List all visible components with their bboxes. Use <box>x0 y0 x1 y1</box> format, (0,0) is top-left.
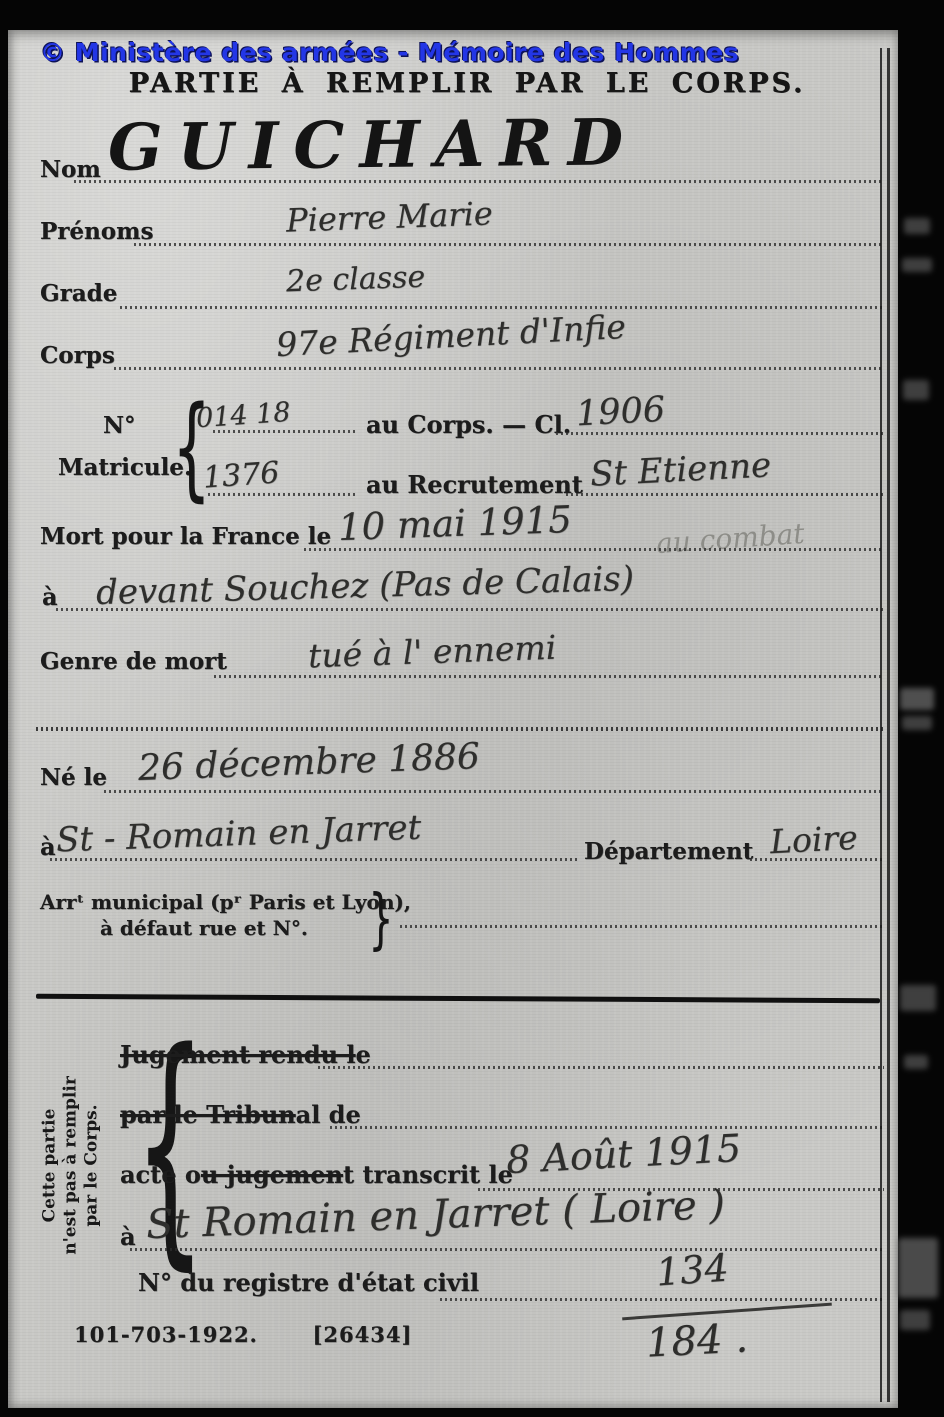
corps-value: 97e Régiment d'Infie <box>275 307 626 364</box>
au-recrutement-label: au Recrutement <box>366 470 583 499</box>
grade-dotted-line <box>120 306 884 309</box>
jugement-label-rest: e <box>355 1040 370 1069</box>
margin-smudge <box>904 218 930 234</box>
genre-mort-dotted-line <box>214 675 884 678</box>
sidebar-note-line3: par le Corps. <box>82 1041 103 1291</box>
sidebar-note-line2: n'est pas à remplir <box>61 1041 82 1291</box>
prenoms-value: Pierre Marie <box>285 194 493 239</box>
genre-mort-label: Genre de mort <box>40 648 227 675</box>
lieu-mort-label: à <box>42 582 58 611</box>
mort-date-value: 10 mai 1915 <box>337 498 572 549</box>
grade-label: Grade <box>40 280 117 307</box>
recrutement-dots-left <box>208 493 358 496</box>
matricule-corps-dots <box>213 430 358 433</box>
nom-dotted-line <box>74 180 884 183</box>
tribunal-label-struck: par le Tribun <box>120 1100 296 1129</box>
lieu-mort-dotted-line <box>56 608 884 611</box>
departement-dots <box>750 858 884 861</box>
nom-value: GUICHARD <box>108 105 639 186</box>
jugement-dotted-line <box>318 1066 884 1069</box>
acte-label-pre: acte o <box>120 1160 201 1189</box>
imprint-reference: [26434] <box>313 1322 413 1347</box>
paper-sheet: © Ministère des armées - Mémoire des Hom… <box>8 30 898 1408</box>
classe-dots <box>556 432 884 435</box>
sidebar-note: Cette partie n'est pas à remplir par le … <box>40 1041 103 1291</box>
margin-smudge <box>900 985 936 1011</box>
registre-label: N° du registre d'état civil <box>138 1268 479 1297</box>
classe-value: 1906 <box>575 390 666 435</box>
margin-smudge <box>904 1055 928 1069</box>
registre-value-bottom: 184 . <box>645 1315 749 1366</box>
margin-smudge <box>900 688 934 710</box>
margin-smudge <box>898 1238 938 1298</box>
margin-smudge <box>902 716 932 730</box>
arrondissement-label-1: Arrᵗ municipal (pʳ Paris et Lyon), <box>40 890 411 914</box>
departement-label: Département <box>584 838 753 865</box>
matricule-recrutement-value: 1376 <box>202 455 281 495</box>
departement-value: Loire <box>769 818 859 862</box>
form-title: PARTIE À REMPLIR PAR LE CORPS. <box>22 68 912 99</box>
section-divider-dotted <box>36 727 884 731</box>
arrondissement-brace: } <box>368 886 393 952</box>
arrondissement-label-2: à défaut rue et N°. <box>100 916 308 940</box>
ne-le-label: Né le <box>40 764 107 791</box>
acte-label-post: t transcrit le <box>343 1160 513 1189</box>
corps-dotted-line <box>114 367 884 370</box>
prenoms-label: Prénoms <box>40 218 153 245</box>
transcription-lieu-value: St Romain en Jarret ( Loire ) <box>145 1182 725 1248</box>
tribunal-label-rest: al de <box>296 1100 361 1129</box>
acte-label-struck: u jugemen <box>201 1160 343 1189</box>
recrutement-place-value: St Etienne <box>589 445 772 494</box>
mort-combat-value: au combat <box>655 517 806 560</box>
grade-value: 2e classe <box>285 260 425 300</box>
jugement-label-struck: Jugement rendu l <box>120 1040 355 1069</box>
margin-smudge <box>903 380 929 400</box>
margin-smudge <box>900 1310 930 1330</box>
registre-dotted-line <box>440 1298 884 1301</box>
registre-value-top: 134 <box>655 1246 730 1295</box>
corps-label: Corps <box>40 342 115 369</box>
lieu-mort-value: devant Souchez (Pas de Calais) <box>96 559 635 613</box>
ne-le-value: 26 décembre 1886 <box>137 736 480 789</box>
acte-date-value: 8 Août 1915 <box>505 1126 742 1182</box>
mort-dotted-line <box>304 548 884 551</box>
sidebar-note-line1: Cette partie <box>40 1041 61 1291</box>
page-edge-line <box>880 48 882 1402</box>
genre-mort-value: tué à l' ennemi <box>307 628 556 676</box>
ne-le-dotted-line <box>104 790 884 793</box>
prenoms-dotted-line <box>134 243 884 246</box>
page-edge-line <box>887 48 890 1402</box>
scanned-death-record-page: © Ministère des armées - Mémoire des Hom… <box>0 0 944 1417</box>
transcription-lieu-label: à <box>120 1222 136 1251</box>
lieu-naissance-value: St - Romain en Jarret <box>55 808 421 861</box>
nom-label: Nom <box>40 156 101 183</box>
lieu-naissance-dots <box>50 858 578 861</box>
arrondissement-dotted-line <box>400 925 884 928</box>
mort-label: Mort pour la France le <box>40 523 331 550</box>
transcription-lieu-dotted-line <box>130 1248 884 1251</box>
recrutement-dots-right <box>566 493 884 496</box>
matricule-label-no: N° <box>103 412 136 439</box>
copyright-watermark: © Ministère des armées - Mémoire des Hom… <box>40 38 739 67</box>
lieu-naissance-label: à <box>40 832 56 861</box>
tribunal-dotted-line <box>330 1126 884 1129</box>
matricule-corps-value: 014 18 <box>195 397 291 435</box>
au-corps-label: au Corps. — Cl. <box>366 410 571 439</box>
imprint-code: 101-703-1922. <box>74 1322 258 1347</box>
margin-smudge <box>902 258 932 272</box>
